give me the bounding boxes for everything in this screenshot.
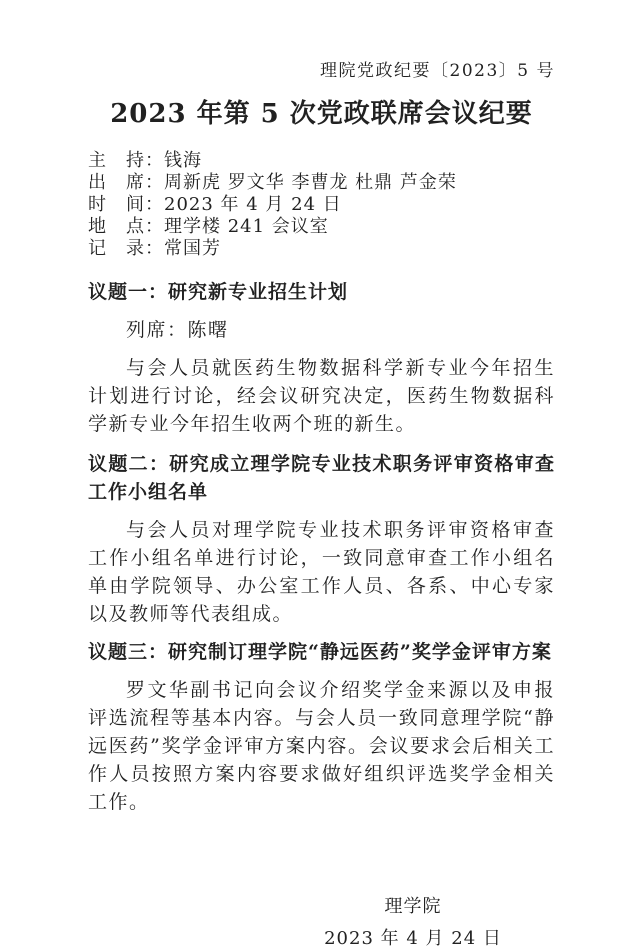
meta-section: 主 持：钱海 出 席：周新虎 罗文华 李曹龙 杜鼎 芦金荣 时 间：2023 年… — [88, 150, 555, 260]
topic-2-heading: 议题二：研究成立理学院专业技术职务评审资格审查工作小组名单 — [88, 450, 555, 506]
meta-value-host: 钱海 — [164, 150, 202, 171]
signature-block: 理学院 2023 年 4 月 24 日 — [288, 896, 538, 950]
topic-3-paragraph: 罗文华副书记向会议介绍奖学金来源以及申报评选流程等基本内容。与会人员一致同意理学… — [88, 676, 555, 816]
meta-value-attendees: 周新虎 罗文华 李曹龙 杜鼎 芦金荣 — [164, 172, 457, 193]
topic-section-1: 议题一：研究新专业招生计划 列席：陈曙 与会人员就医药生物数据科学新专业今年招生… — [88, 278, 555, 438]
page-title: 2023 年第 5 次党政联席会议纪要 — [88, 96, 555, 132]
meta-row-time: 时 间：2023 年 4 月 24 日 — [88, 194, 555, 216]
meta-row-attendees: 出 席：周新虎 罗文华 李曹龙 杜鼎 芦金荣 — [88, 172, 555, 194]
meta-label-attendees: 出 席： — [88, 172, 164, 193]
topic-2-paragraph: 与会人员对理学院专业技术职务评审资格审查工作小组名单进行讨论，一致同意审查工作小… — [88, 516, 555, 628]
signature-org: 理学院 — [288, 896, 538, 918]
topic-1-attendee-note: 列席：陈曙 — [88, 318, 555, 342]
meta-value-time: 2023 年 4 月 24 日 — [164, 194, 342, 215]
topic-3-heading: 议题三：研究制订理学院“静远医药”奖学金评审方案 — [88, 638, 555, 666]
meta-label-time: 时 间： — [88, 194, 164, 215]
topic-section-2: 议题二：研究成立理学院专业技术职务评审资格审查工作小组名单 与会人员对理学院专业… — [88, 450, 555, 628]
meta-row-host: 主 持：钱海 — [88, 150, 555, 172]
document-page: 理院党政纪要〔2023〕5 号 2023 年第 5 次党政联席会议纪要 主 持：… — [0, 0, 639, 952]
signature-date: 2023 年 4 月 24 日 — [288, 928, 538, 950]
doc-number: 理院党政纪要〔2023〕5 号 — [88, 60, 555, 82]
meta-row-recorder: 记 录：常国芳 — [88, 238, 555, 260]
topic-1-paragraph: 与会人员就医药生物数据科学新专业今年招生计划进行讨论，经会议研究决定，医药生物数… — [88, 354, 555, 438]
meta-label-location: 地 点： — [88, 216, 164, 237]
meta-label-recorder: 记 录： — [88, 238, 164, 259]
meta-value-location: 理学楼 241 会议室 — [164, 216, 329, 237]
topic-1-heading: 议题一：研究新专业招生计划 — [88, 278, 555, 306]
meta-row-location: 地 点：理学楼 241 会议室 — [88, 216, 555, 238]
meta-value-recorder: 常国芳 — [164, 238, 221, 259]
meta-label-host: 主 持： — [88, 150, 164, 171]
topic-section-3: 议题三：研究制订理学院“静远医药”奖学金评审方案 罗文华副书记向会议介绍奖学金来… — [88, 638, 555, 816]
